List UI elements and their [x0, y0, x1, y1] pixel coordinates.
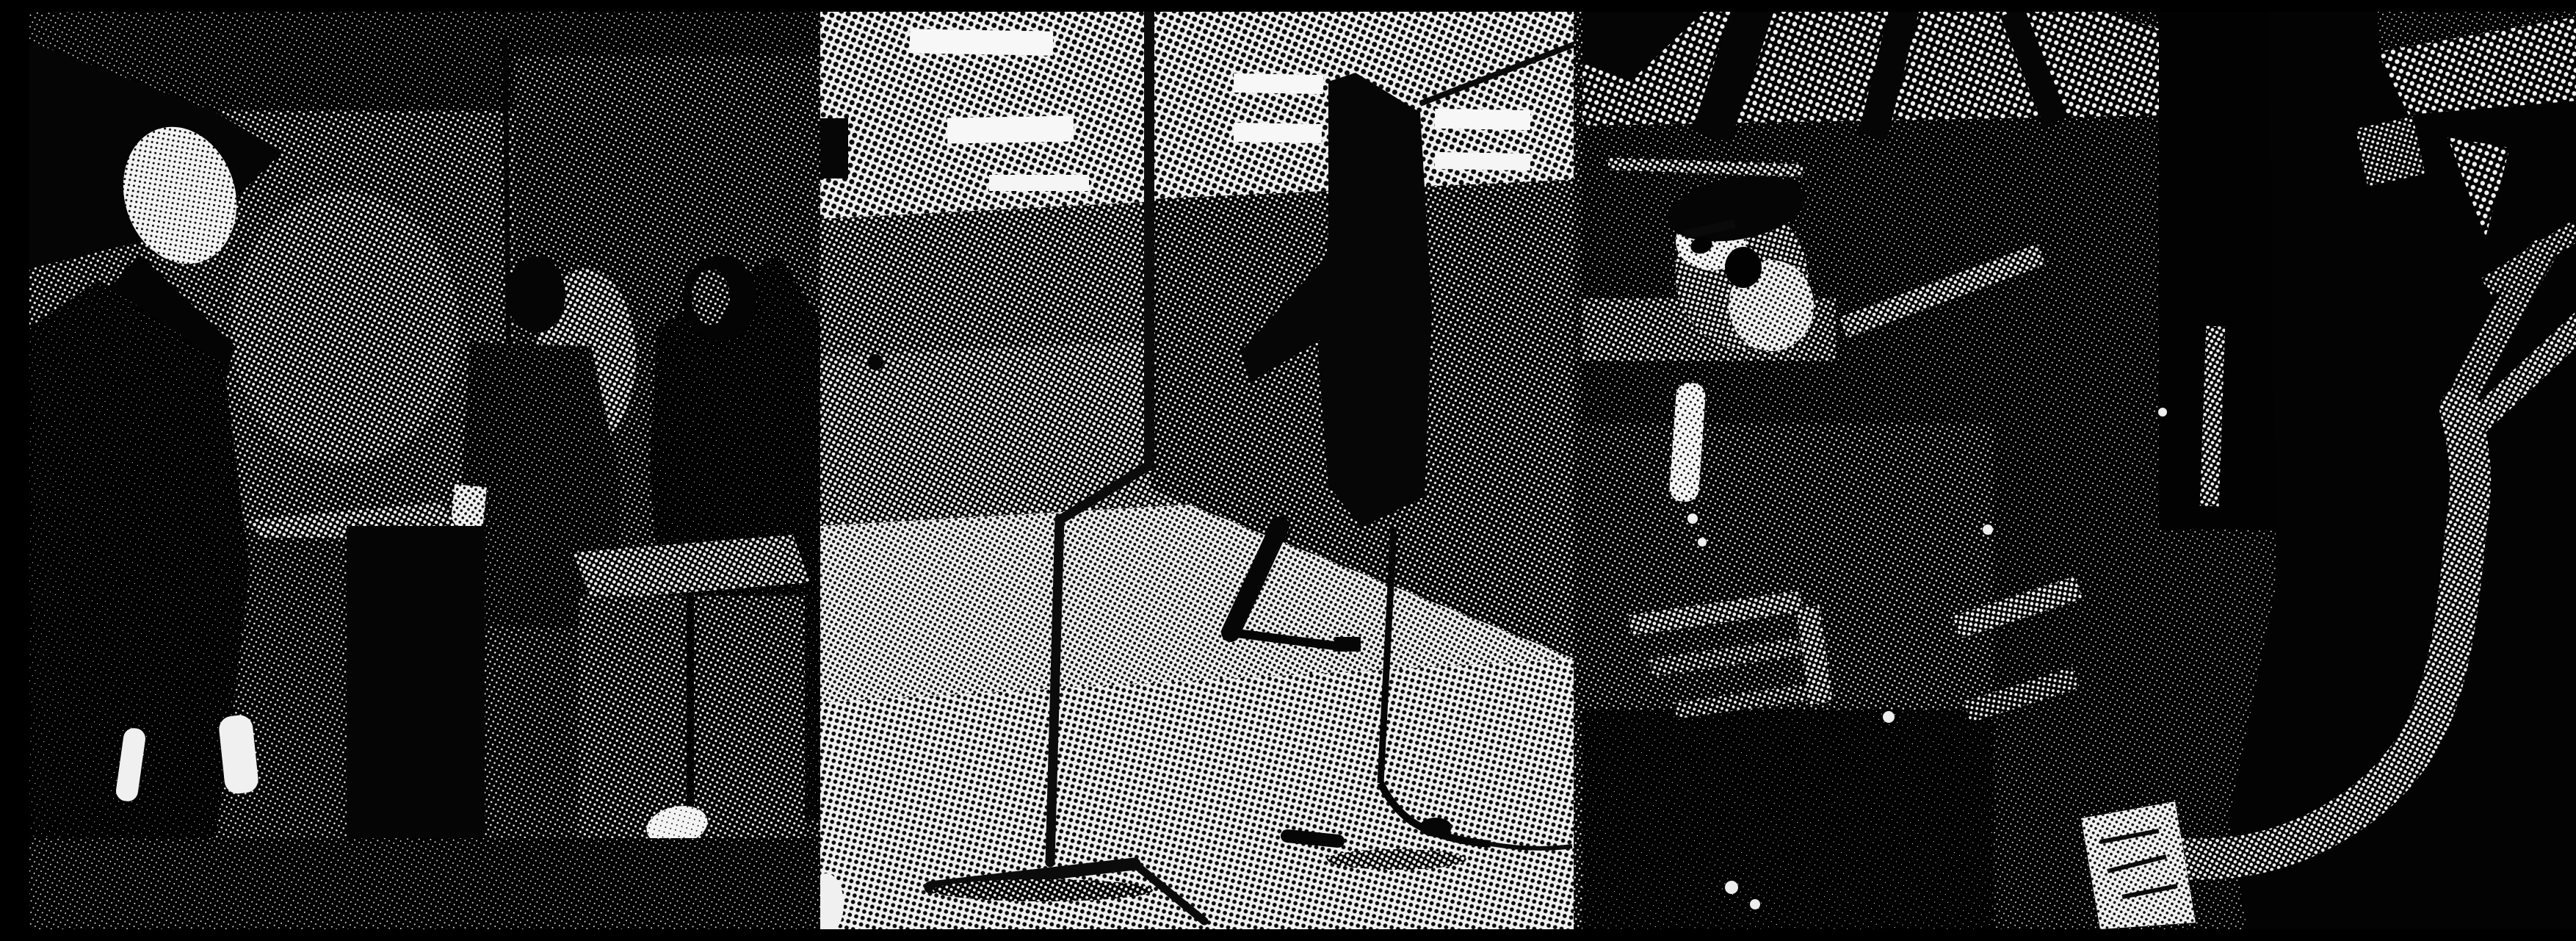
stand-mast	[1144, 12, 1154, 471]
fluorescent-light	[1234, 123, 1322, 143]
fluorescent-light	[989, 175, 1089, 191]
wall-fixture-left-edge	[820, 118, 848, 179]
halftone-collage	[29, 12, 2576, 929]
glint	[1725, 881, 1738, 894]
robot-foot-blob	[1419, 818, 1452, 837]
panel-seam-shadow	[1574, 12, 1582, 929]
fluorescent-light	[1435, 152, 1530, 170]
person-center-head	[507, 256, 565, 333]
foreground-shadow-band	[29, 838, 820, 929]
robot-floor-shadow	[1327, 849, 1466, 870]
glint	[1750, 899, 1760, 909]
bench-mid-band	[1582, 423, 1994, 710]
panel-robot-lab	[808, 12, 1582, 929]
glint	[1687, 513, 1698, 524]
person-right-face-hint	[692, 269, 730, 325]
fluorescent-light	[1234, 73, 1323, 94]
headgear-highlight	[2356, 117, 2425, 187]
glint	[1883, 711, 1895, 723]
dark-cabinet	[347, 526, 485, 842]
bench-dark-foreground	[1582, 710, 1994, 929]
collage-canvas	[29, 12, 2576, 929]
fluorescent-light	[910, 29, 1054, 55]
fluorescent-light	[1435, 109, 1530, 130]
stand-floor-shadow	[933, 879, 1153, 901]
wall-knob	[867, 354, 883, 370]
glint	[1983, 524, 1993, 535]
glint	[2158, 408, 2167, 417]
wall-light-patch	[231, 192, 459, 464]
panel-machine-shop	[1582, 12, 2576, 929]
panel-workshop	[29, 12, 820, 929]
fluorescent-light	[947, 116, 1074, 144]
robot-foot-bar	[1287, 836, 1338, 841]
glint	[1698, 538, 1707, 547]
robot-body	[1318, 73, 1432, 527]
open-mouth	[1725, 247, 1762, 288]
robot-swing-foot	[1334, 637, 1361, 652]
